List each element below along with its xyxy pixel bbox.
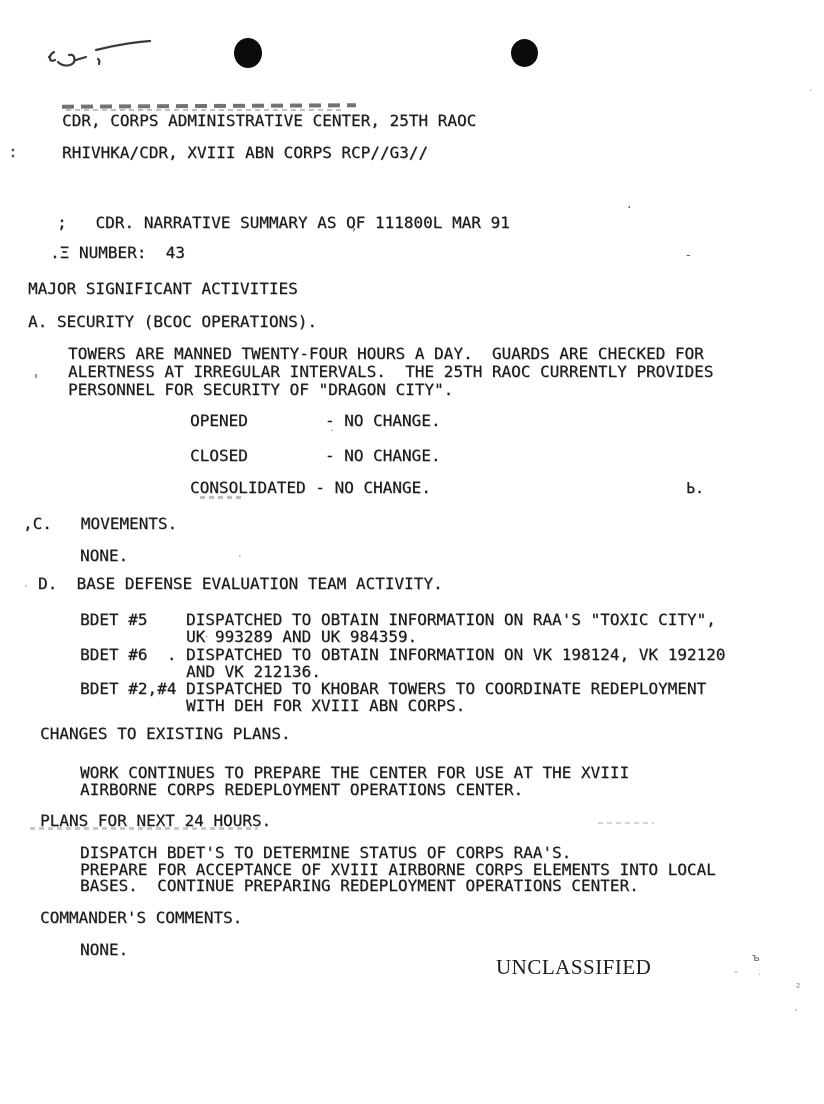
section-a-heading: A. SECURITY (BCOC OPERATIONS). xyxy=(28,313,317,330)
section-d-heading: D. BASE DEFENSE EVALUATION TEAM ACTIVITY… xyxy=(38,575,443,592)
smudge-artifact xyxy=(200,496,242,499)
commanders-comments-heading: COMMANDER'S COMMENTS. xyxy=(40,909,242,926)
scan-speck: . xyxy=(627,196,631,212)
scan-speck: . xyxy=(24,576,28,590)
section-c-heading: ,C. MOVEMENTS. xyxy=(23,515,177,532)
address-line-2: RHIVHKA/CDR, XVIII ABN CORPS RCP//G3// xyxy=(62,144,428,161)
bdet-report-block: BDET #5 DISPATCHED TO OBTAIN INFORMATION… xyxy=(80,611,725,715)
scan-speck: . xyxy=(794,1000,798,1014)
scan-speck: ‚ xyxy=(352,219,356,234)
scan-speck: · xyxy=(330,424,334,437)
major-activities-heading: MAJOR SIGNIFICANT ACTIVITIES xyxy=(28,280,298,297)
status-line-opened: OPENED - NO CHANGE. xyxy=(190,412,440,429)
faded-text-artifact xyxy=(62,103,356,108)
scan-speck: · xyxy=(758,970,761,981)
changes-heading: CHANGES TO EXISTING PLANS. xyxy=(40,725,290,742)
scan-speck: - xyxy=(686,248,691,263)
address-line-1: CDR, CORPS ADMINISTRATIVE CENTER, 25TH R… xyxy=(62,112,476,129)
left-margin-colon-mark: : xyxy=(8,143,18,160)
pen-scribble-mark xyxy=(28,30,158,72)
scan-speck: ² xyxy=(796,981,800,994)
hole-punch-dot-left xyxy=(234,38,262,68)
section-a-paragraph: TOWERS ARE MANNED TWENTY-FOUR HOURS A DA… xyxy=(68,345,713,399)
changes-paragraph: WORK CONTINUES TO PREPARE THE CENTER FOR… xyxy=(80,765,629,798)
left-margin-tick-mark: ' xyxy=(32,372,40,389)
status-line-consolidated: CONSOLIDATED - NO CHANGE. xyxy=(190,479,431,496)
report-number-line: .Ξ NUMBER: 43 xyxy=(50,244,185,261)
scanned-document-page: CDR, CORPS ADMINISTRATIVE CENTER, 25TH R… xyxy=(0,0,824,1104)
smudge-artifact xyxy=(598,822,654,824)
smudge-artifact xyxy=(30,827,258,830)
plans-paragraph: DISPATCH BDET'S TO DETERMINE STATUS OF C… xyxy=(80,845,716,895)
scan-speck: ъ xyxy=(752,951,760,964)
scan-speck: - xyxy=(734,965,738,978)
classification-marking: UNCLASSIFIED xyxy=(496,955,651,980)
section-c-body: NONE. xyxy=(80,547,128,564)
narrative-summary-line: ; CDR. NARRATIVE SUMMARY AS OF 111800L M… xyxy=(57,214,510,231)
status-line-closed: CLOSED - NO CHANGE. xyxy=(190,447,440,464)
right-margin-ink-mark: Ь. xyxy=(686,480,704,497)
scan-speck: · xyxy=(205,630,209,643)
scan-speck: . xyxy=(238,546,242,560)
scan-speck: · xyxy=(809,84,813,97)
hole-punch-dot-right xyxy=(511,39,538,67)
commanders-comments-body: NONE. xyxy=(80,941,128,958)
